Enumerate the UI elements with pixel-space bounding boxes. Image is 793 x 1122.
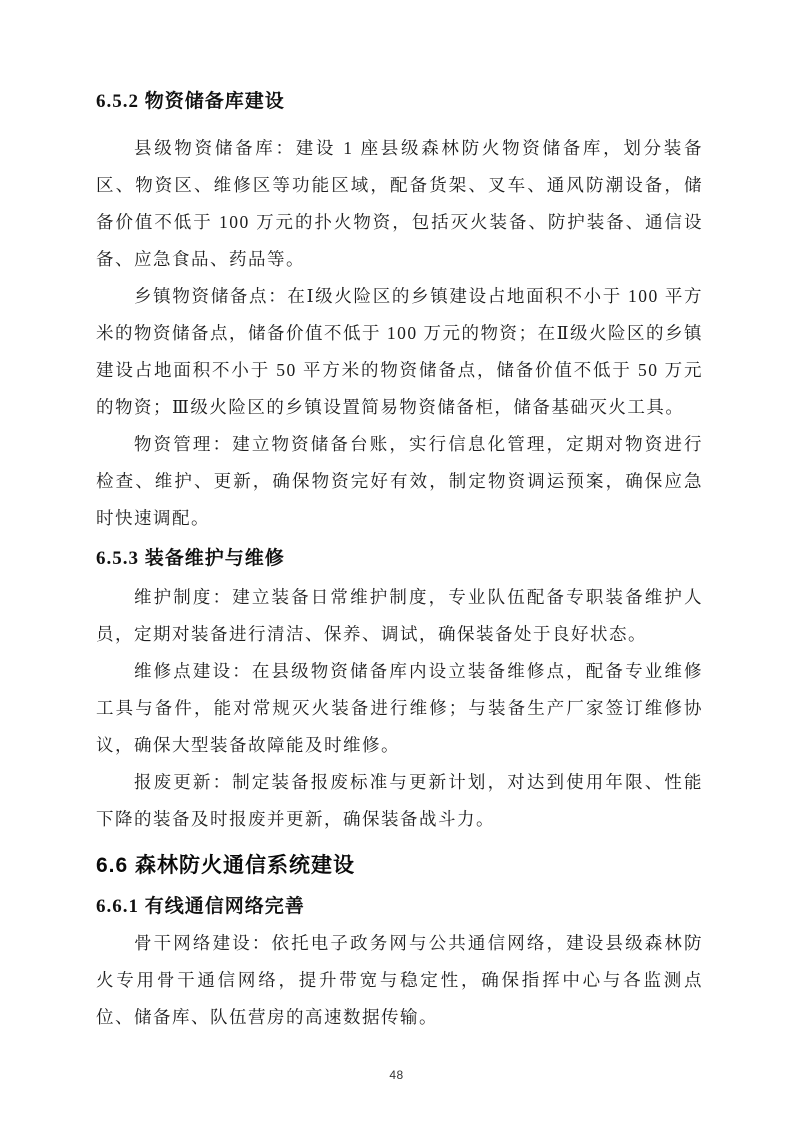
page-footer: 48 (0, 1066, 793, 1084)
section-heading-6-6-1: 6.6.1 有线通信网络完善 (96, 893, 703, 921)
paragraph-scrap-and-renewal: 报废更新：制定装备报废标准与更新计划，对达到使用年限、性能下降的装备及时报废并更… (96, 764, 703, 838)
paragraph-township-material-points: 乡镇物资储备点：在Ⅰ级火险区的乡镇建设占地面积不小于 100 平方米的物资储备点… (96, 278, 703, 426)
section-heading-6-5-2: 6.5.2 物资储备库建设 (96, 88, 703, 116)
document-page: 6.5.2 物资储备库建设 县级物资储备库：建设 1 座县级森林防火物资储备库，… (0, 0, 793, 1122)
paragraph-repair-point-construction: 维修点建设：在县级物资储备库内设立装备维修点，配备专业维修工具与备件，能对常规灭… (96, 653, 703, 764)
paragraph-county-material-depot: 县级物资储备库：建设 1 座县级森林防火物资储备库，划分装备区、物资区、维修区等… (96, 130, 703, 278)
page-number: 48 (389, 1068, 403, 1082)
paragraph-material-management: 物资管理：建立物资储备台账，实行信息化管理，定期对物资进行检查、维护、更新，确保… (96, 426, 703, 537)
paragraph-backbone-network-construction: 骨干网络建设：依托电子政务网与公共通信网络，建设县级森林防火专用骨干通信网络，提… (96, 925, 703, 1036)
section-heading-6-5-3: 6.5.3 装备维护与维修 (96, 545, 703, 573)
paragraph-maintenance-system: 维护制度：建立装备日常维护制度，专业队伍配备专职装备维护人员，定期对装备进行清洁… (96, 579, 703, 653)
section-heading-6-6: 6.6 森林防火通信系统建设 (96, 851, 703, 881)
